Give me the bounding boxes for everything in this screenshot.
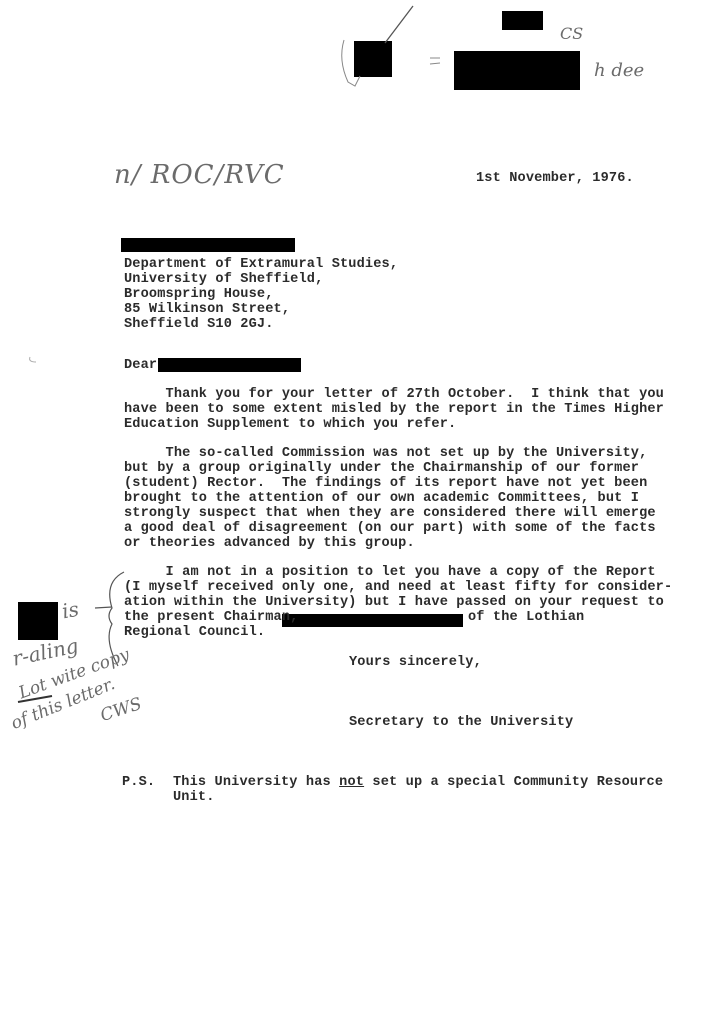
body-line: a good deal of disagreement (on our part… bbox=[124, 521, 656, 536]
ps-label: P.S. bbox=[122, 775, 155, 790]
ps-line-1: This University has not set up a special… bbox=[173, 775, 663, 790]
address-line: Sheffield S10 2GJ. bbox=[124, 317, 274, 332]
body-line: I am not in a position to let you have a… bbox=[124, 565, 656, 580]
ps-line-2: Unit. bbox=[173, 790, 215, 805]
body-line: ation within the University) but I have … bbox=[124, 595, 664, 610]
body-line: brought to the attention of our own acad… bbox=[124, 491, 639, 506]
signatory: Secretary to the University bbox=[349, 715, 573, 730]
salutation: Dear bbox=[124, 358, 157, 373]
body-line: Education Supplement to which you refer. bbox=[124, 417, 456, 432]
body-line: Regional Council. bbox=[124, 625, 265, 640]
address-line: University of Sheffield, bbox=[124, 272, 323, 287]
ps-text: This University has bbox=[173, 775, 339, 790]
address-line: 85 Wilkinson Street, bbox=[124, 302, 290, 317]
body-line: or theories advanced by this group. bbox=[124, 536, 415, 551]
body-line: have been to some extent misled by the r… bbox=[124, 402, 664, 417]
ps-text: set up a special Community Resource bbox=[364, 775, 663, 790]
body-line: strongly suspect that when they are cons… bbox=[124, 506, 656, 521]
body-line: The so-called Commission was not set up … bbox=[124, 446, 647, 461]
body-line-start: the present Chairman, bbox=[124, 610, 298, 625]
address-line: Department of Extramural Studies, bbox=[124, 257, 398, 272]
closing: Yours sincerely, bbox=[349, 655, 482, 670]
letter-date: 1st November, 1976. bbox=[476, 171, 634, 186]
body-line: Thank you for your letter of 27th Octobe… bbox=[124, 387, 664, 402]
body-line: (student) Rector. The findings of its re… bbox=[124, 476, 647, 491]
handwritten-initials-cs: CS bbox=[560, 24, 583, 43]
body-line: (I myself received only one, and need at… bbox=[124, 580, 672, 595]
body-line: but by a group originally under the Chai… bbox=[124, 461, 639, 476]
body-line-end: of the Lothian bbox=[468, 610, 584, 625]
handwritten-reference: n/ ROC/RVC bbox=[114, 160, 285, 190]
handwritten-initials-hdee: h dee bbox=[594, 60, 644, 81]
ps-emphasis: not bbox=[339, 775, 364, 790]
address-line: Broomspring House, bbox=[124, 287, 274, 302]
